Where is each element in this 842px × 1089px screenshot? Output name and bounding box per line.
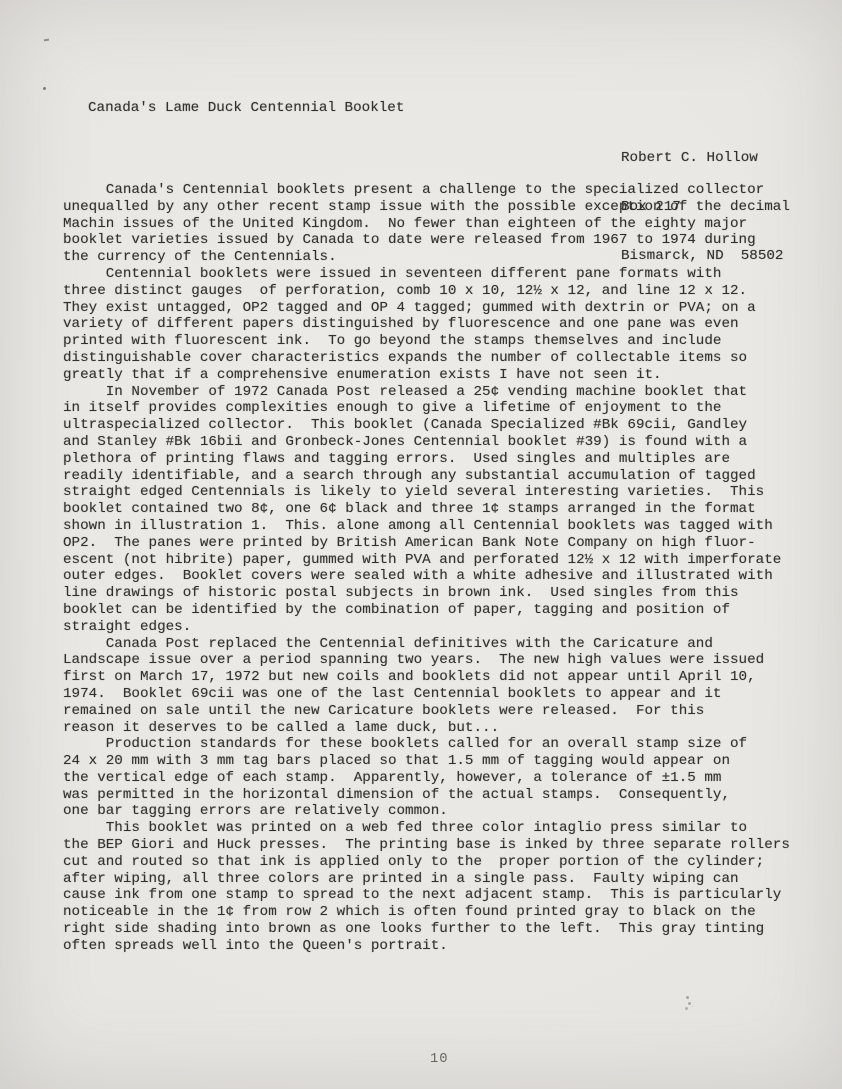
scan-artifact-dash [44, 39, 49, 42]
paragraph-4: Canada Post replaced the Centennial defi… [63, 636, 808, 737]
scan-artifact-dot [43, 87, 46, 90]
document-body: Canada's Centennial booklets present a c… [63, 182, 808, 955]
page-number: 10 [430, 1052, 449, 1067]
paragraph-2: Centennial booklets were issued in seven… [63, 266, 808, 384]
paragraph-1: Canada's Centennial booklets present a c… [63, 182, 808, 266]
author-name: Robert C. Hollow [621, 150, 783, 166]
scanned-document-page: Canada's Lame Duck Centennial Booklet Ro… [0, 0, 842, 1089]
paragraph-5: Production standards for these booklets … [63, 736, 808, 820]
paragraph-3: In November of 1972 Canada Post released… [63, 384, 808, 636]
scan-artifact-smudge [686, 996, 689, 999]
paragraph-6: This booklet was printed on a web fed th… [63, 820, 808, 954]
page-title: Canada's Lame Duck Centennial Booklet [88, 100, 404, 117]
